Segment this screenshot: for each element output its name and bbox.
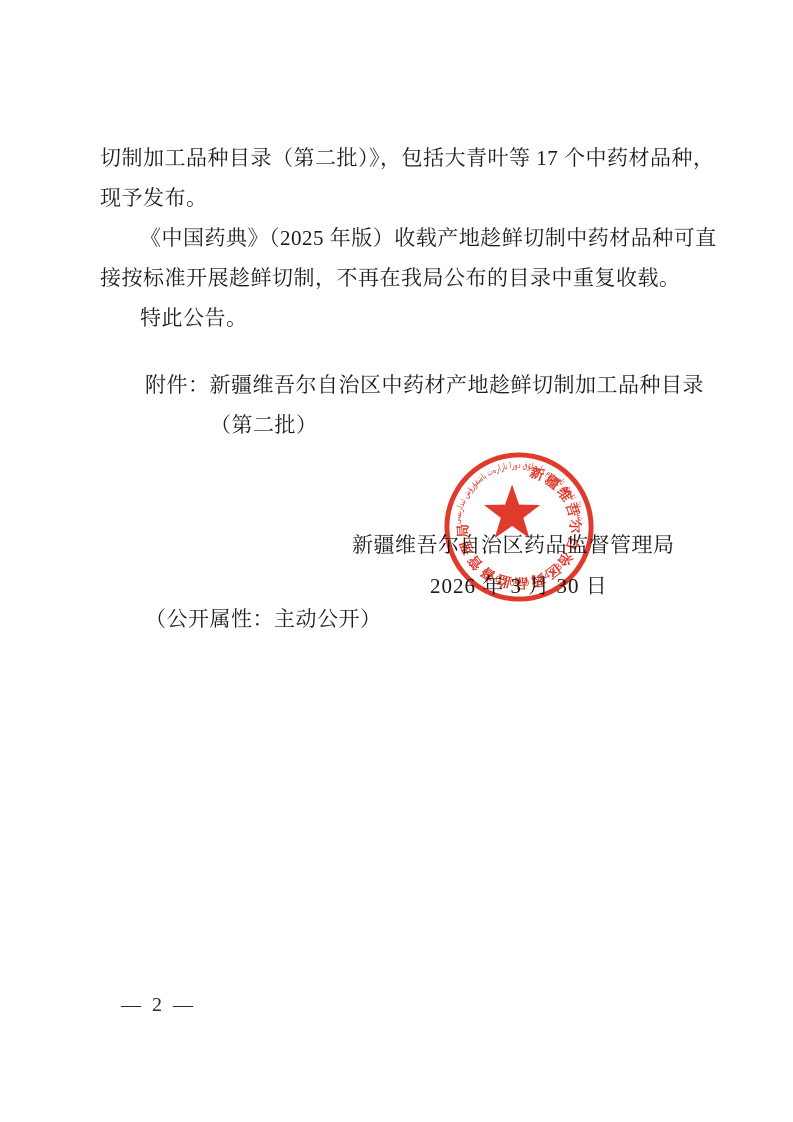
body-line-2: 现予发布。 — [100, 178, 720, 218]
document-page: 切制加工品种目录（第二批）》，包括大青叶等 17 个中药材品种， 现予发布。 《… — [0, 0, 793, 1122]
disclosure-attribute-note: （公开属性：主动公开） — [145, 603, 382, 633]
attachment-line-1: 附件：新疆维吾尔自治区中药材产地趁鲜切制加工品种目录 — [145, 365, 704, 405]
page-number: — 2 — — [121, 994, 196, 1017]
body-line-4: 接按标准开展趁鲜切制，不再在我局公布的目录中重复收载。 — [100, 258, 720, 298]
body-line-3: 《中国药典》（2025 年版）收载产地趁鲜切制中药材品种可直 — [100, 218, 720, 258]
attachment-block: 附件：新疆维吾尔自治区中药材产地趁鲜切制加工品种目录 （第二批） — [145, 365, 704, 445]
body-line-5: 特此公告。 — [100, 298, 720, 338]
official-seal: 新疆维吾尔自治区药品监督管理局 شىنجاڭ ئۇيغۇر ئاپتونوم ر… — [440, 448, 598, 606]
star-icon — [484, 485, 540, 539]
attachment-line-2: （第二批） — [145, 405, 704, 445]
attachment-label: 附件： — [145, 373, 210, 397]
body-line-1: 切制加工品种目录（第二批）》，包括大青叶等 17 个中药材品种， — [100, 138, 720, 178]
document-body: 切制加工品种目录（第二批）》，包括大青叶等 17 个中药材品种， 现予发布。 《… — [100, 138, 720, 338]
attachment-title: 新疆维吾尔自治区中药材产地趁鲜切制加工品种目录 — [210, 373, 705, 397]
